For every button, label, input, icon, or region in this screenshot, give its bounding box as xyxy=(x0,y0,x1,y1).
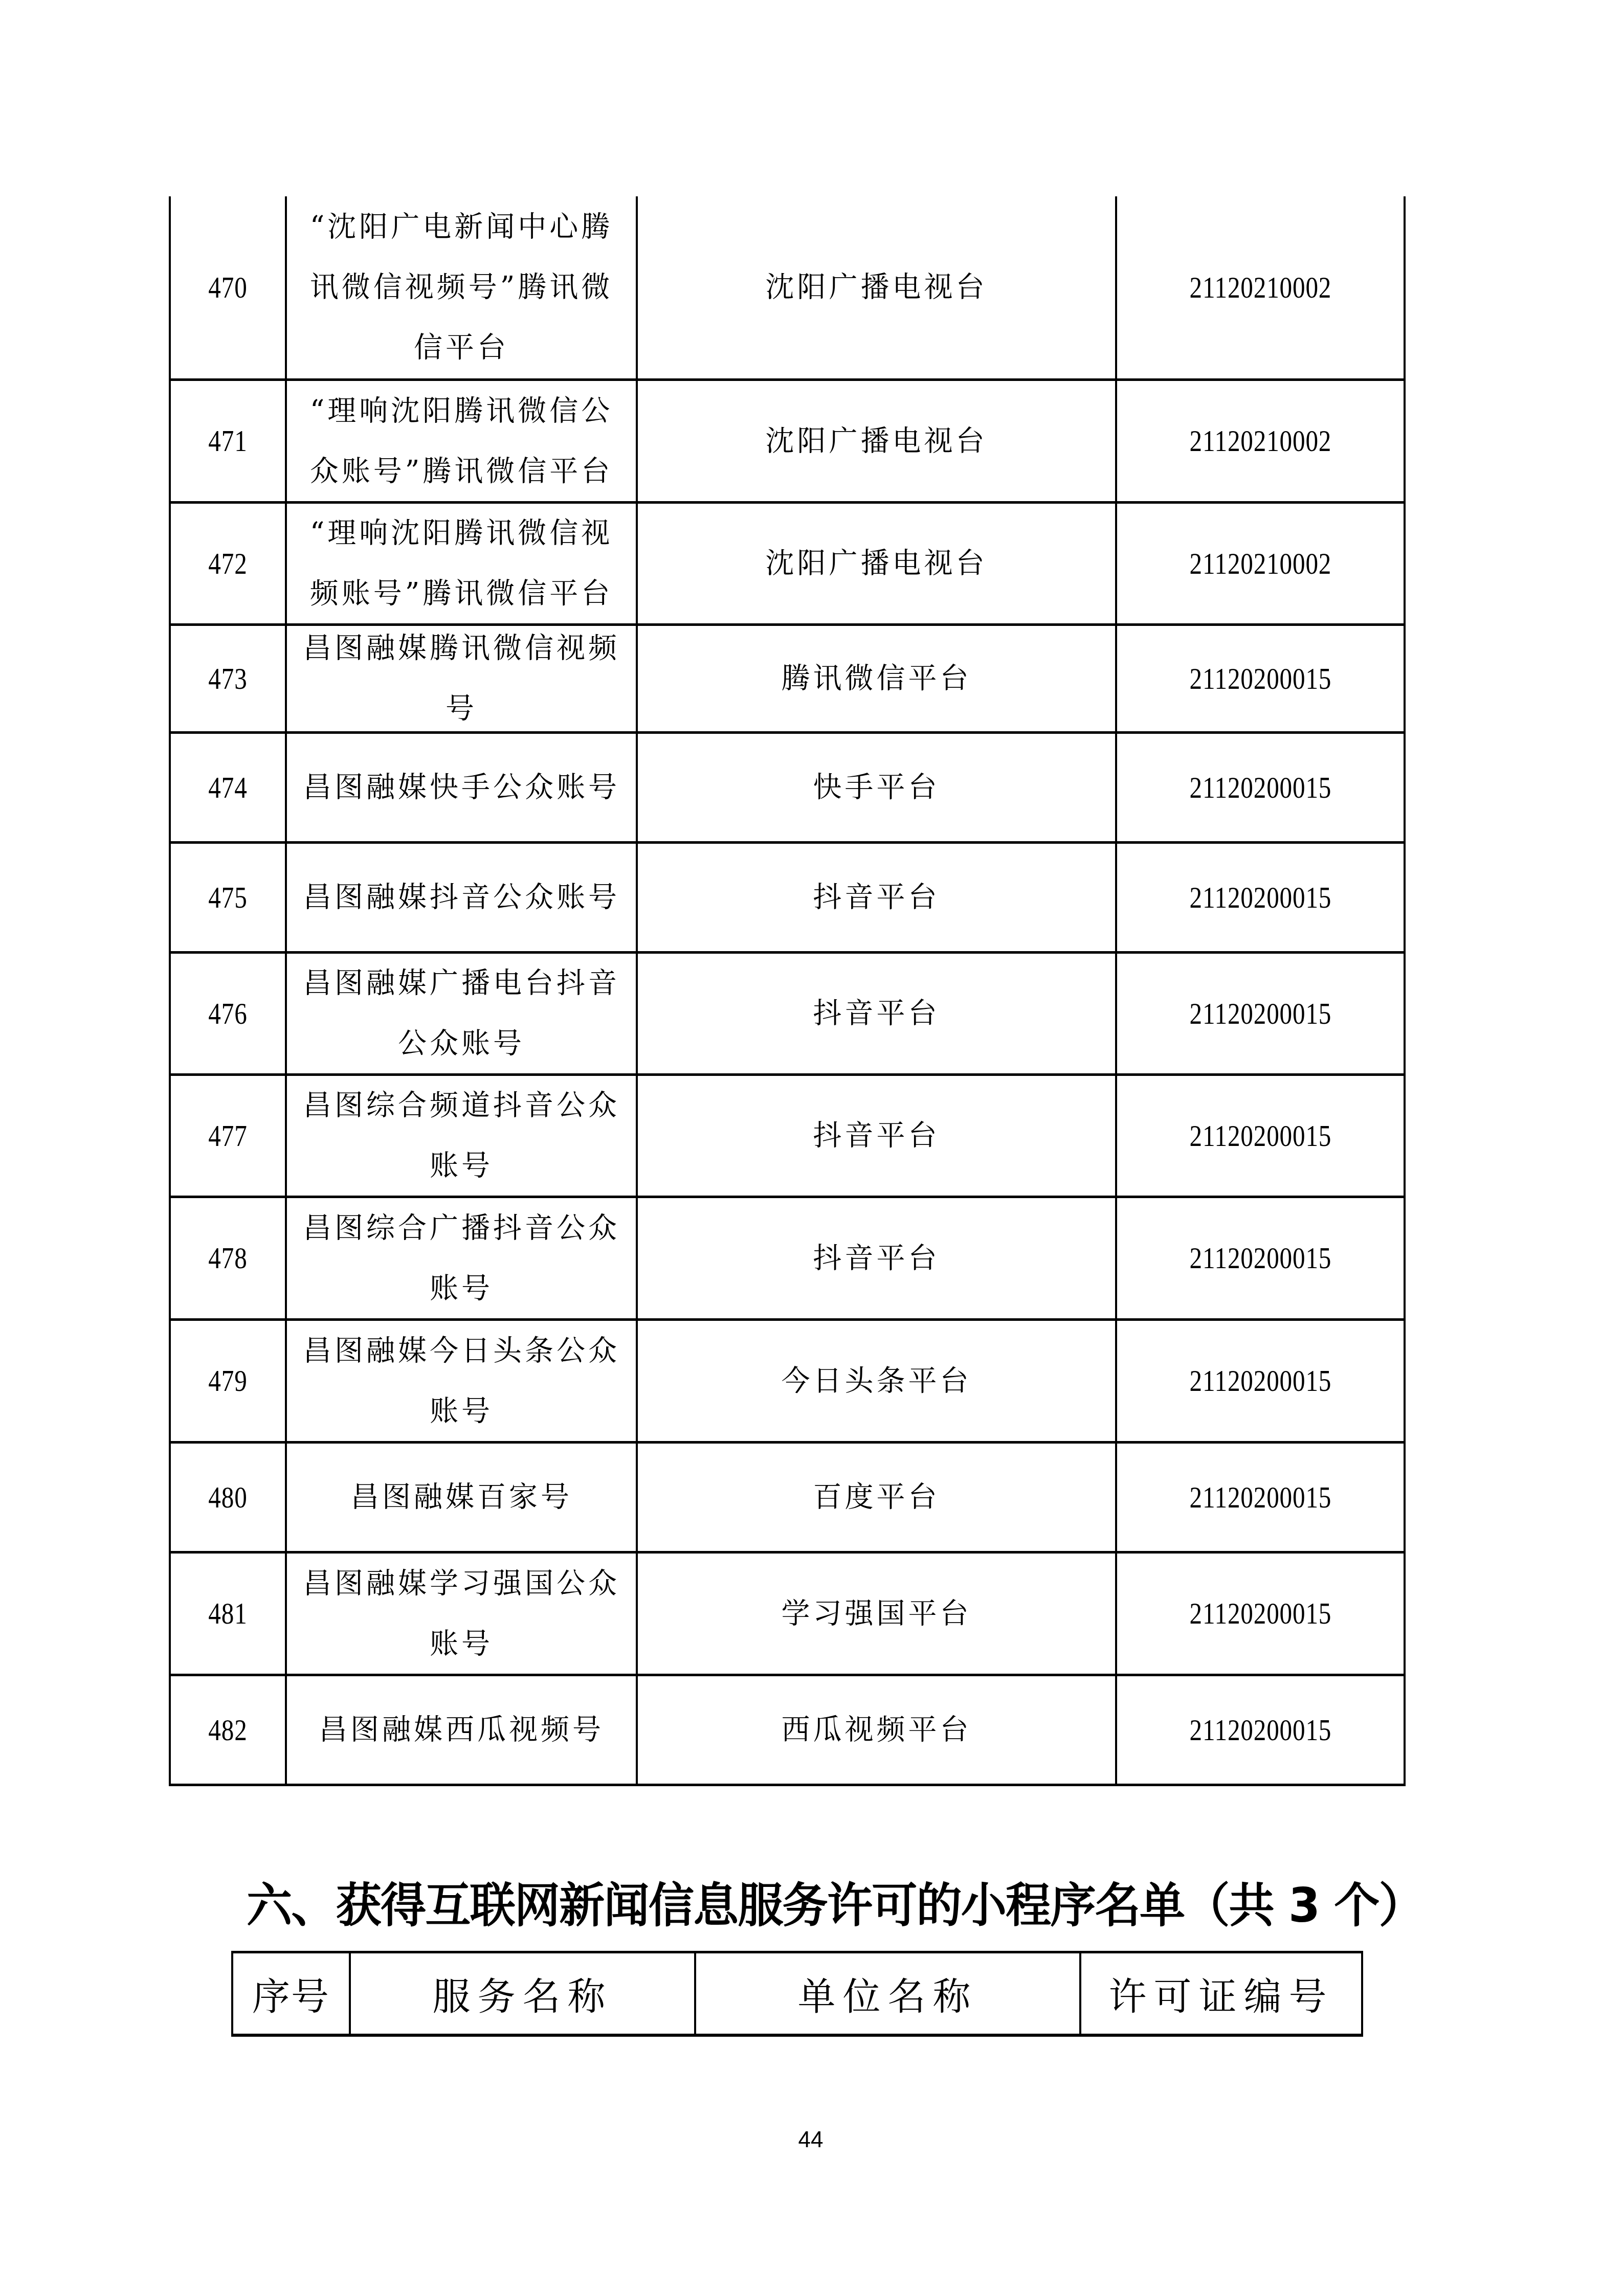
license-number-cell: 21120200015 xyxy=(1115,954,1406,1073)
unit-name-cell: 学习强国平台 xyxy=(636,1554,1115,1674)
table-row: 472 “理响沈阳腾讯微信视频账号”腾讯微信平台 沈阳广播电视台 2112021… xyxy=(169,504,1406,626)
column-header-service-name: 服务名称 xyxy=(349,1953,694,2034)
unit-name-cell: 今日头条平台 xyxy=(636,1321,1115,1441)
seq-cell: 472 xyxy=(169,504,285,623)
service-name-cell: “理响沈阳腾讯微信公众账号”腾讯微信平台 xyxy=(285,381,636,501)
service-name-cell: 昌图融媒今日头条公众账号 xyxy=(285,1321,636,1441)
column-header-seq: 序号 xyxy=(231,1953,349,2034)
unit-name-cell: 西瓜视频平台 xyxy=(636,1676,1115,1784)
license-number-cell: 21120200015 xyxy=(1115,1198,1406,1318)
seq-cell: 471 xyxy=(169,381,285,501)
service-name-cell: 昌图融媒学习强国公众账号 xyxy=(285,1554,636,1674)
unit-name-cell: 快手平台 xyxy=(636,734,1115,841)
unit-name-cell: 百度平台 xyxy=(636,1444,1115,1551)
seq-cell: 475 xyxy=(169,844,285,951)
service-name-cell: 昌图融媒广播电台抖音公众账号 xyxy=(285,954,636,1073)
seq-cell: 482 xyxy=(169,1676,285,1784)
column-header-license-number: 许可证编号 xyxy=(1079,1953,1363,2034)
table-row: 477 昌图综合频道抖音公众账号 抖音平台 21120200015 xyxy=(169,1076,1406,1198)
column-header-unit-name: 单位名称 xyxy=(694,1953,1079,2034)
seq-cell: 478 xyxy=(169,1198,285,1318)
seq-cell: 479 xyxy=(169,1321,285,1441)
table-row: 473 昌图融媒腾讯微信视频号 腾讯微信平台 21120200015 xyxy=(169,626,1406,734)
service-name-cell: 昌图融媒快手公众账号 xyxy=(285,734,636,841)
service-name-cell: “理响沈阳腾讯微信视频账号”腾讯微信平台 xyxy=(285,504,636,623)
service-name-cell: 昌图融媒西瓜视频号 xyxy=(285,1676,636,1784)
table-row: 471 “理响沈阳腾讯微信公众账号”腾讯微信平台 沈阳广播电视台 2112021… xyxy=(169,381,1406,504)
unit-name-cell: 抖音平台 xyxy=(636,1198,1115,1318)
table-row: 482 昌图融媒西瓜视频号 西瓜视频平台 21120200015 xyxy=(169,1676,1406,1786)
table-row: 479 昌图融媒今日头条公众账号 今日头条平台 21120200015 xyxy=(169,1321,1406,1444)
page-number: 44 xyxy=(785,2127,836,2153)
table-row: 474 昌图融媒快手公众账号 快手平台 21120200015 xyxy=(169,734,1406,844)
unit-name-cell: 沈阳广播电视台 xyxy=(636,504,1115,623)
unit-name-cell: 沈阳广播电视台 xyxy=(636,381,1115,501)
service-name-cell: 昌图综合广播抖音公众账号 xyxy=(285,1198,636,1318)
table-row: 475 昌图融媒抖音公众账号 抖音平台 21120200015 xyxy=(169,844,1406,954)
unit-name-cell: 抖音平台 xyxy=(636,1076,1115,1196)
unit-name-cell: 抖音平台 xyxy=(636,954,1115,1073)
mini-program-table-header: 序号 服务名称 单位名称 许可证编号 xyxy=(231,1951,1363,2037)
seq-cell: 480 xyxy=(169,1444,285,1551)
service-name-cell: 昌图综合频道抖音公众账号 xyxy=(285,1076,636,1196)
license-number-cell: 21120210002 xyxy=(1115,196,1406,378)
license-number-cell: 21120200015 xyxy=(1115,1554,1406,1674)
license-number-cell: 21120210002 xyxy=(1115,381,1406,501)
service-name-cell: “沈阳广电新闻中心腾讯微信视频号”腾讯微信平台 xyxy=(285,196,636,378)
seq-cell: 481 xyxy=(169,1554,285,1674)
seq-cell: 470 xyxy=(169,196,285,378)
service-name-cell: 昌图融媒百家号 xyxy=(285,1444,636,1551)
license-number-cell: 21120200015 xyxy=(1115,626,1406,731)
unit-name-cell: 腾讯微信平台 xyxy=(636,626,1115,731)
license-number-cell: 21120200015 xyxy=(1115,1444,1406,1551)
table-row: 470 “沈阳广电新闻中心腾讯微信视频号”腾讯微信平台 沈阳广播电视台 2112… xyxy=(169,196,1406,381)
seq-cell: 473 xyxy=(169,626,285,731)
license-number-cell: 21120210002 xyxy=(1115,504,1406,623)
unit-name-cell: 抖音平台 xyxy=(636,844,1115,951)
table-row: 476 昌图融媒广播电台抖音公众账号 抖音平台 21120200015 xyxy=(169,954,1406,1076)
table-row: 481 昌图融媒学习强国公众账号 学习强国平台 21120200015 xyxy=(169,1554,1406,1676)
unit-name-cell: 沈阳广播电视台 xyxy=(636,196,1115,378)
license-number-cell: 21120200015 xyxy=(1115,734,1406,841)
service-name-cell: 昌图融媒腾讯微信视频号 xyxy=(285,626,636,731)
license-number-cell: 21120200015 xyxy=(1115,844,1406,951)
seq-cell: 476 xyxy=(169,954,285,1073)
service-name-cell: 昌图融媒抖音公众账号 xyxy=(285,844,636,951)
seq-cell: 477 xyxy=(169,1076,285,1196)
seq-cell: 474 xyxy=(169,734,285,841)
license-number-cell: 21120200015 xyxy=(1115,1321,1406,1441)
section-heading: 六、获得互联网新闻信息服务许可的小程序名单（共 3 个） xyxy=(247,1878,1423,1934)
table-row: 478 昌图综合广播抖音公众账号 抖音平台 21120200015 xyxy=(169,1198,1406,1321)
license-number-cell: 21120200015 xyxy=(1115,1676,1406,1784)
license-number-cell: 21120200015 xyxy=(1115,1076,1406,1196)
table-row: 480 昌图融媒百家号 百度平台 21120200015 xyxy=(169,1444,1406,1554)
